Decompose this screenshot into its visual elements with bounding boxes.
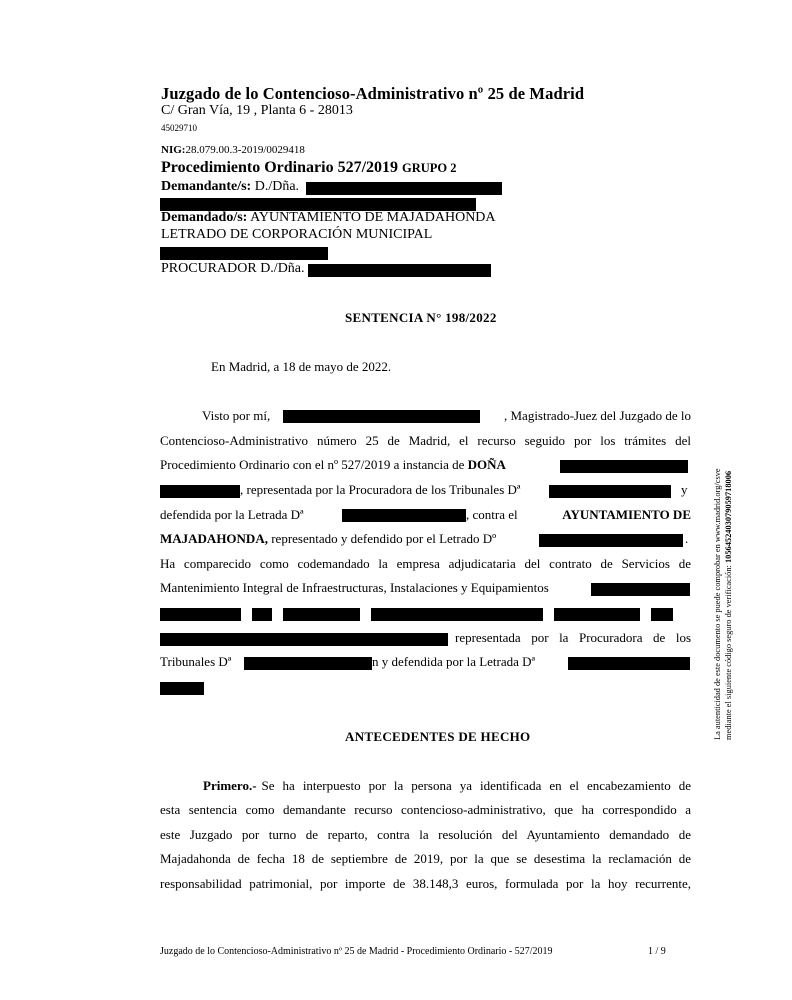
p1-line6a: MAJADAHONDA, (160, 531, 268, 546)
procurador-line: PROCURADOR D./Dña. (161, 261, 305, 277)
place-date: En Madrid, a 18 de mayo de 2022. (211, 359, 391, 375)
p2-line2-text: esta sentencia como demandante recurso c… (160, 802, 691, 818)
p1-line10: representada por la Procuradora de los (455, 630, 691, 646)
p2-line5: responsabilidad patrimonial, por importe… (160, 876, 691, 892)
procedure-group: GRUPO 2 (402, 161, 457, 175)
nig-value: 28.079.00.3-2019/0029418 (185, 144, 304, 156)
page-number: 1 / 9 (648, 946, 666, 957)
section-title: ANTECEDENTES DE HECHO (345, 729, 530, 745)
redaction-box (244, 657, 372, 670)
redaction-box (591, 583, 690, 596)
p1-line2-text: Contencioso-Administrativo número 25 de … (160, 433, 691, 449)
p1-line6b: representado y defendido por el Letrado … (271, 531, 496, 546)
redaction-box (306, 182, 502, 195)
p1-line5c: AYUNTAMIENTO DE (542, 507, 691, 523)
p1-line7-text: Ha comparecido como codemandado la empre… (160, 556, 691, 572)
p1-line5a: defendida por la Letrada Dª (160, 507, 304, 523)
redaction-box (568, 657, 690, 670)
verification-note: La autenticidad de este documento se pue… (712, 468, 734, 740)
defendant-label: Demandado/s: (161, 210, 247, 225)
nig-line: NIG:28.079.00.3-2019/0029418 (161, 144, 305, 156)
procedure-number: Procedimiento Ordinario 527/2019 (161, 159, 398, 176)
redaction-box (160, 608, 241, 621)
sentence-title: SENTENCIA N° 198/2022 (345, 310, 497, 326)
p1-line4b: y (681, 482, 688, 498)
court-code: 45029710 (161, 123, 197, 133)
p2-line1-text: Se ha interpuesto por la persona ya iden… (262, 778, 691, 794)
p1-line11a: Tribunales Dª (160, 654, 231, 670)
redaction-box (554, 608, 640, 621)
p2-lead: Primero.- (203, 778, 257, 794)
plaintiff-prefix: D./Dña. (255, 179, 299, 194)
defendant-value: AYUNTAMIENTO DE MAJADAHONDA (250, 210, 495, 225)
verification-line2: mediante el siguiente código seguro de v… (723, 468, 734, 740)
footer-text: Juzgado de lo Contencioso-Administrativo… (160, 946, 552, 957)
verification-line1: La autenticidad de este documento se pue… (712, 468, 723, 740)
p2-line2: esta sentencia como demandante recurso c… (160, 802, 691, 818)
p1-line6c: . (685, 531, 688, 547)
redaction-box (651, 608, 673, 621)
lawyer-line: LETRADO DE CORPORACIÓN MUNICIPAL (161, 227, 432, 243)
nig-label: NIG: (161, 144, 185, 156)
redaction-box (160, 682, 204, 695)
plaintiff-line: Demandante/s: D./Dña. (161, 179, 299, 195)
p2-line1: Primero.- Se ha interpuesto por la perso… (203, 778, 691, 794)
redaction-box (252, 608, 272, 621)
court-name: Juzgado de lo Contencioso-Administrativo… (161, 84, 584, 104)
redaction-box (160, 633, 448, 646)
p1-line1b: , Magistrado-Juez del Juzgado de lo (480, 408, 691, 424)
redaction-box (283, 608, 360, 621)
p1-line5b: , contra el (466, 507, 518, 523)
p1-line8: Mantenimiento Integral de Infraestructur… (160, 580, 549, 596)
p2-line4-text: Majadahonda de fecha 18 de septiembre de… (160, 851, 691, 867)
p2-line3: este Juzgado por turno de reparto, contr… (160, 827, 691, 843)
procedure-line: Procedimiento Ordinario 527/2019 GRUPO 2 (161, 159, 457, 177)
p1-line6: MAJADAHONDA, representado y defendido po… (160, 531, 496, 547)
redaction-box (283, 410, 480, 423)
redaction-box (160, 485, 240, 498)
redaction-box (549, 485, 671, 498)
plaintiff-label: Demandante/s: (161, 179, 251, 194)
redaction-box (160, 247, 328, 260)
p2-line4: Majadahonda de fecha 18 de septiembre de… (160, 851, 691, 867)
defendant-line: Demandado/s: AYUNTAMIENTO DE MAJADAHONDA (161, 210, 496, 226)
redaction-box (342, 509, 466, 522)
verification-code: 1056452403079059718006 (724, 471, 733, 563)
p1-line1a: Visto por mí, (202, 408, 270, 424)
p1-line10-text: representada por la Procuradora de los (455, 630, 691, 646)
p2-line5-text: responsabilidad patrimonial, por importe… (160, 876, 691, 892)
p1-line2: Contencioso-Administrativo número 25 de … (160, 433, 691, 449)
p1-line3b: DOÑA (468, 457, 506, 472)
p1-line3a: Procedimiento Ordinario con el nº 527/20… (160, 457, 464, 472)
court-address: C/ Gran Vía, 19 , Planta 6 - 28013 (161, 103, 353, 119)
redaction-box (560, 460, 688, 473)
p1-line7: Ha comparecido como codemandado la empre… (160, 556, 691, 572)
p1-line4a: , representada por la Procuradora de los… (240, 482, 520, 498)
redaction-box (308, 264, 491, 277)
redaction-box (371, 608, 543, 621)
p2-line3-text: este Juzgado por turno de reparto, contr… (160, 827, 691, 843)
redaction-box (539, 534, 683, 547)
p1-line3: Procedimiento Ordinario con el nº 527/20… (160, 457, 506, 473)
verification-prefix: mediante el siguiente código seguro de v… (724, 565, 733, 740)
p1-line11b: n y defendida por la Letrada Dª (372, 654, 535, 670)
